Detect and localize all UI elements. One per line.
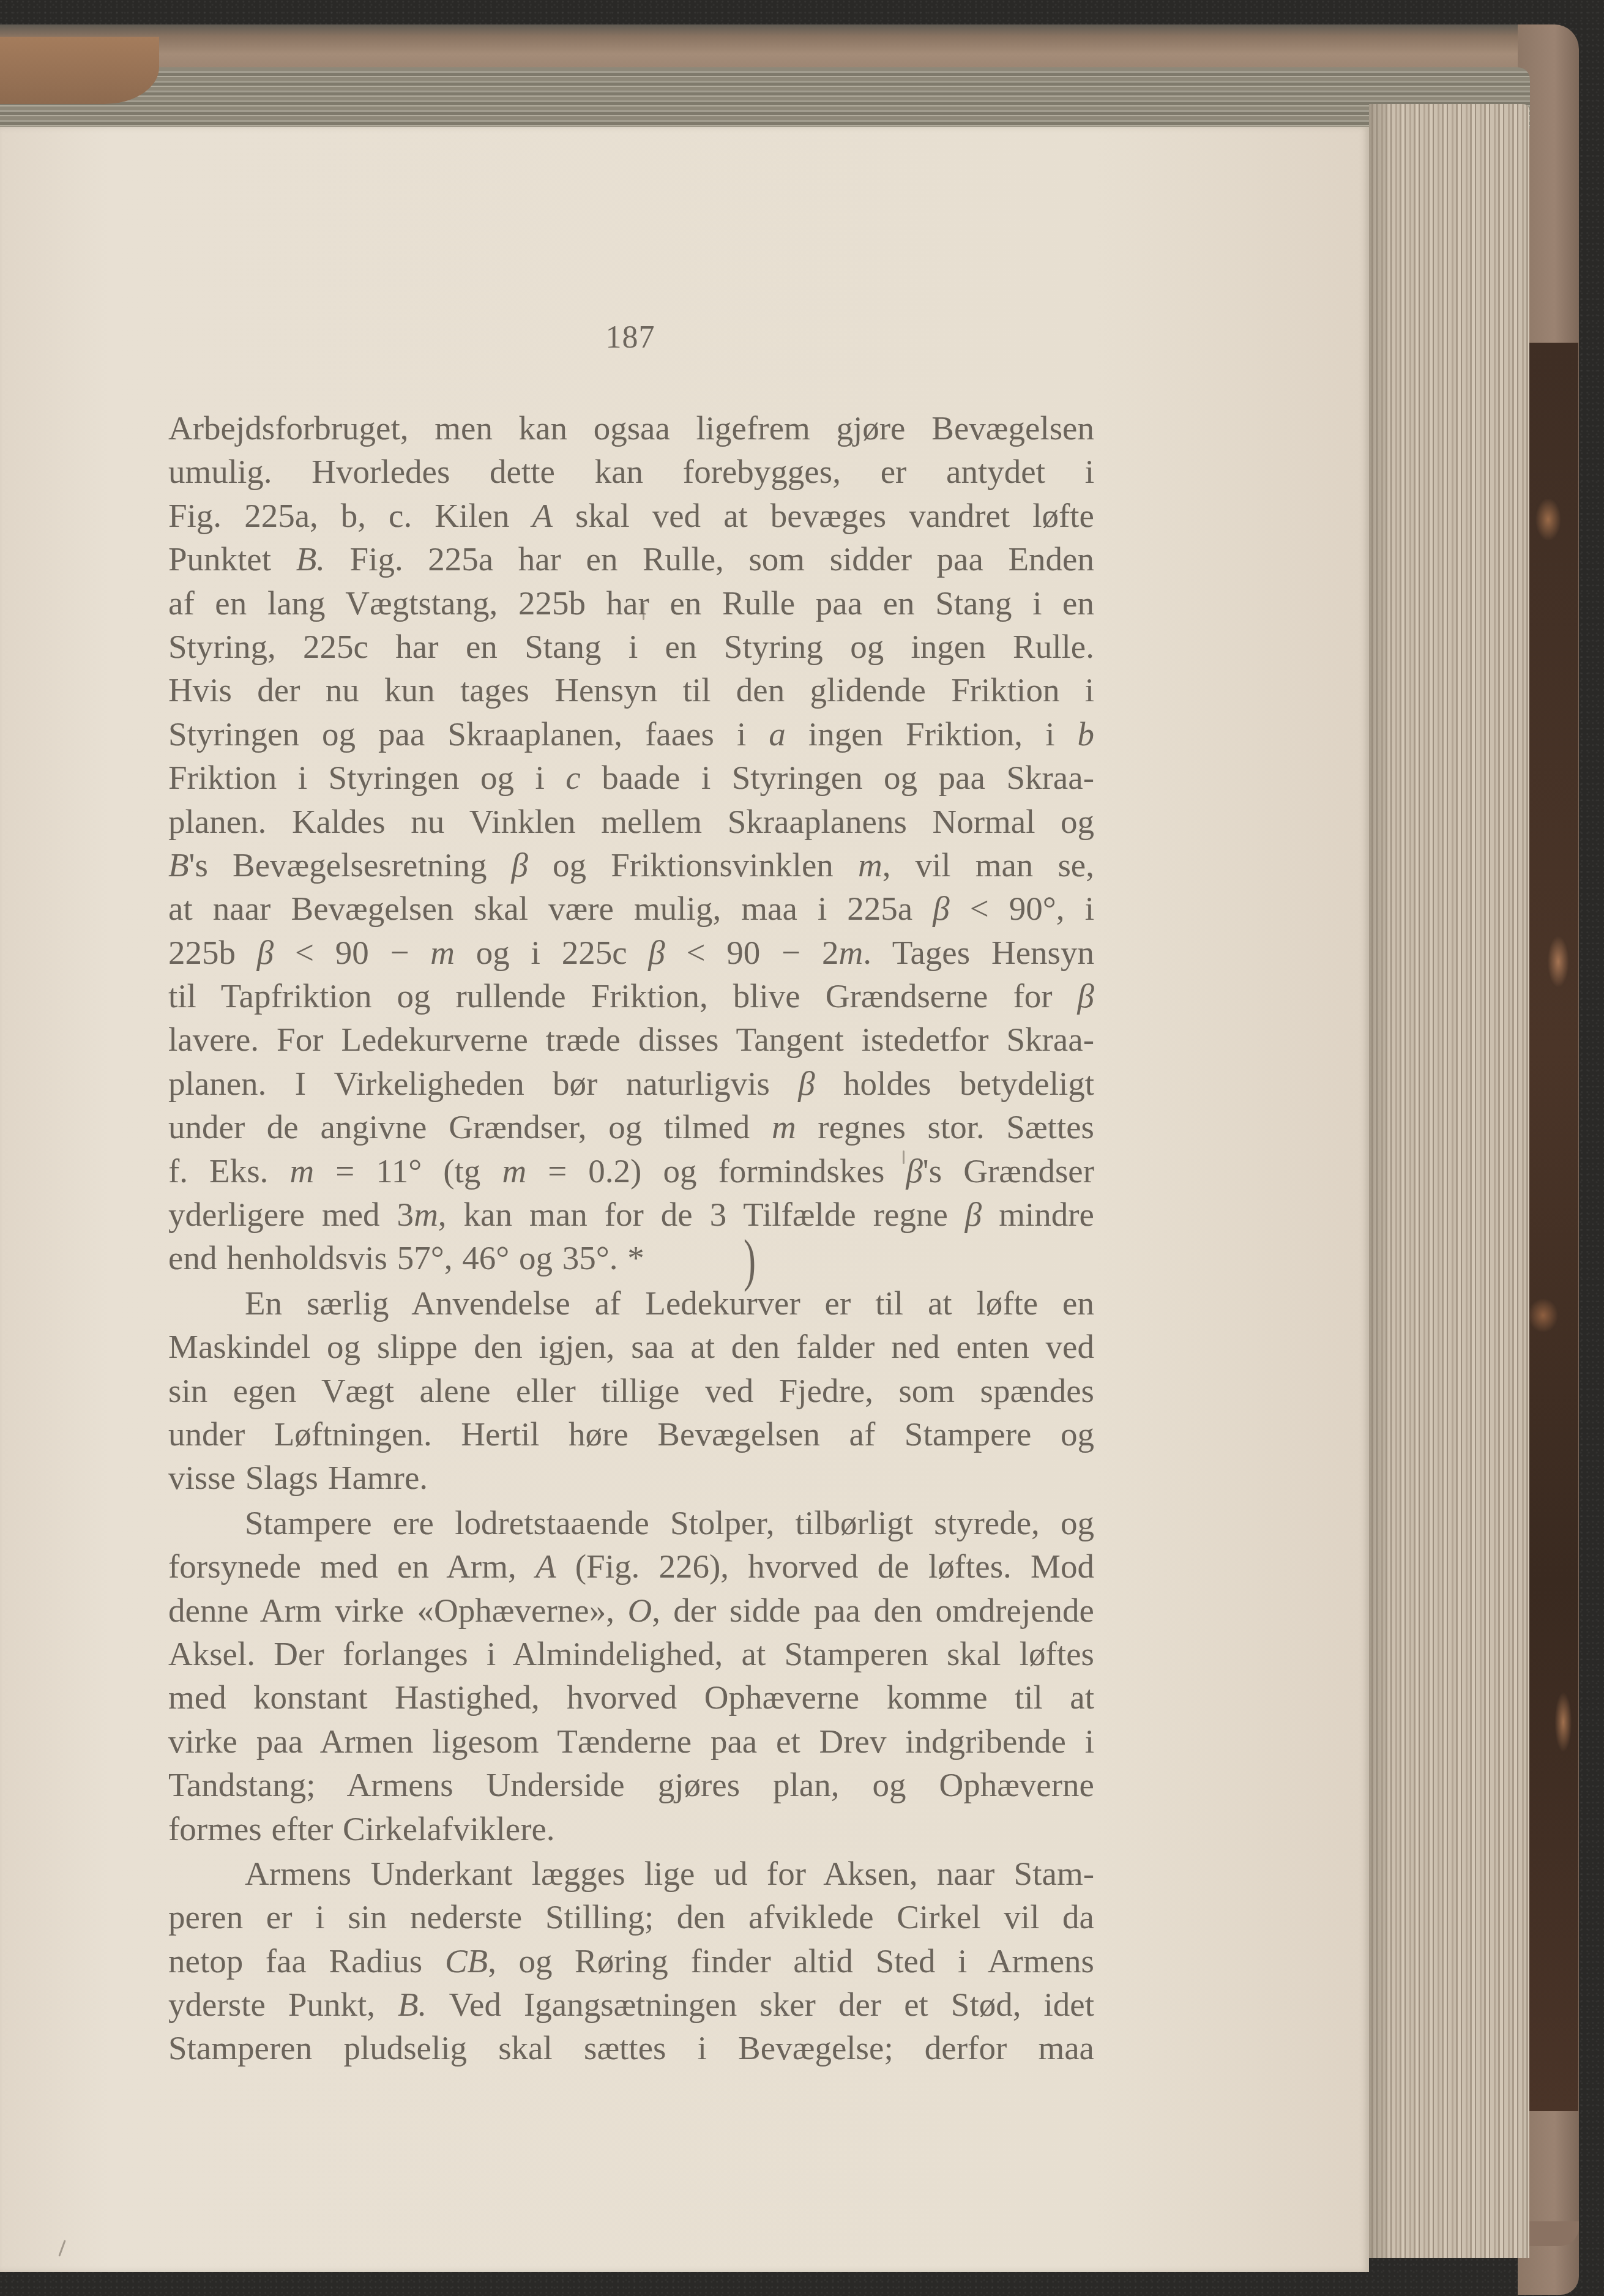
- text-line: Stamperen pludselig skal sættes i Bevæge…: [168, 2026, 1094, 2070]
- page-edges-right: [1369, 104, 1529, 2258]
- text-line: Fig. 225a, b, c. Kilen A skal ved at bev…: [168, 494, 1094, 537]
- text-line: netop faa Radius CB, og Røring finder al…: [168, 1939, 1094, 1983]
- text-line: med konstant Hastighed, hvorved Ophævern…: [168, 1675, 1094, 1719]
- text-line: yderligere med 3m, kan man for de 3 Tilf…: [168, 1193, 1094, 1236]
- text-line: end henholdsvis 57°, 46° og 35°. *: [168, 1236, 1094, 1280]
- text-line: Aksel. Der forlanges i Almindelighed, at…: [168, 1632, 1094, 1675]
- text-line: denne Arm virke «Ophæverne», O, der sidd…: [168, 1589, 1094, 1632]
- text-line: formes efter Cirkelafviklere.: [168, 1807, 1094, 1851]
- text-line: Maskindel og slippe den igjen, saa at de…: [168, 1325, 1094, 1368]
- text-line: peren er i sin nederste Stilling; den af…: [168, 1895, 1094, 1939]
- text-line: Stampere ere lodretstaaende Stolper, til…: [168, 1501, 1094, 1545]
- text-line: til Tapfriktion og rullende Friktion, bl…: [168, 974, 1094, 1018]
- footnote-bracket-mark: ): [744, 1227, 756, 1294]
- text-line: lavere. For Ledekurverne træde disses Ta…: [168, 1018, 1094, 1061]
- text-line: af en lang Vægtstang, 225b har en Rulle …: [168, 581, 1094, 625]
- marbled-cover-strip: [1528, 343, 1578, 2111]
- text-line: En særlig Anvendelse af Ledekurver er ti…: [168, 1281, 1094, 1325]
- text-line: under Løftningen. Hertil høre Bevægelsen…: [168, 1412, 1094, 1456]
- text-line: planen. I Virkeligheden bør naturligvis …: [168, 1062, 1094, 1105]
- text-line: at naar Bevægelsen skal være mulig, maa …: [168, 887, 1094, 930]
- page-edges-top: [0, 67, 1530, 129]
- text-line: yderste Punkt, B. Ved Igangsætningen ske…: [168, 1983, 1094, 2026]
- text-line: under de angivne Grændser, og tilmed m r…: [168, 1105, 1094, 1149]
- text-line: planen. Kaldes nu Vinklen mellem Skraapl…: [168, 800, 1094, 843]
- binding-torn-corner: [0, 37, 159, 104]
- text-line: Armens Underkant lægges lige ud for Akse…: [168, 1852, 1094, 1895]
- speck-mark: [643, 603, 644, 620]
- text-line: Styring, 225c har en Stang i en Styring …: [168, 625, 1094, 668]
- body-text: Arbejdsforbruget, men kan ogsaa ligefrem…: [168, 406, 1094, 2070]
- text-line: Friktion i Styringen og i c baade i Styr…: [168, 756, 1094, 799]
- text-line: 225b β < 90 − m og i 225c β < 90 − 2m. T…: [168, 931, 1094, 974]
- book-scan: 187 Arbejdsforbruget, men kan ogsaa lige…: [0, 0, 1604, 2296]
- text-line: Hvis der nu kun tages Hensyn til den gli…: [168, 668, 1094, 712]
- text-line: B's Bevægelsesretning β og Friktionsvink…: [168, 843, 1094, 887]
- text-line: Arbejdsforbruget, men kan ogsaa ligefrem…: [168, 406, 1094, 450]
- text-line: virke paa Armen ligesom Tænderne paa et …: [168, 1720, 1094, 1763]
- speck-mark: [903, 1150, 905, 1164]
- text-line: Tandstang; Armens Underside gjøres plan,…: [168, 1763, 1094, 1806]
- text-line: visse Slags Hamre.: [168, 1456, 1094, 1499]
- binding-top: [0, 24, 1576, 73]
- page-number: 187: [0, 319, 1261, 356]
- text-line: Styringen og paa Skraaplanen, faaes i a …: [168, 712, 1094, 756]
- text-line: f. Eks. m = 11° (tg m = 0.2) og forminds…: [168, 1149, 1094, 1193]
- text-line: sin egen Vægt alene eller tillige ved Fj…: [168, 1369, 1094, 1412]
- text-line: Punktet B. Fig. 225a har en Rulle, som s…: [168, 537, 1094, 581]
- text-line: umulig. Hvorledes dette kan forebygges, …: [168, 450, 1094, 493]
- text-line: forsynede med en Arm, A (Fig. 226), hvor…: [168, 1545, 1094, 1588]
